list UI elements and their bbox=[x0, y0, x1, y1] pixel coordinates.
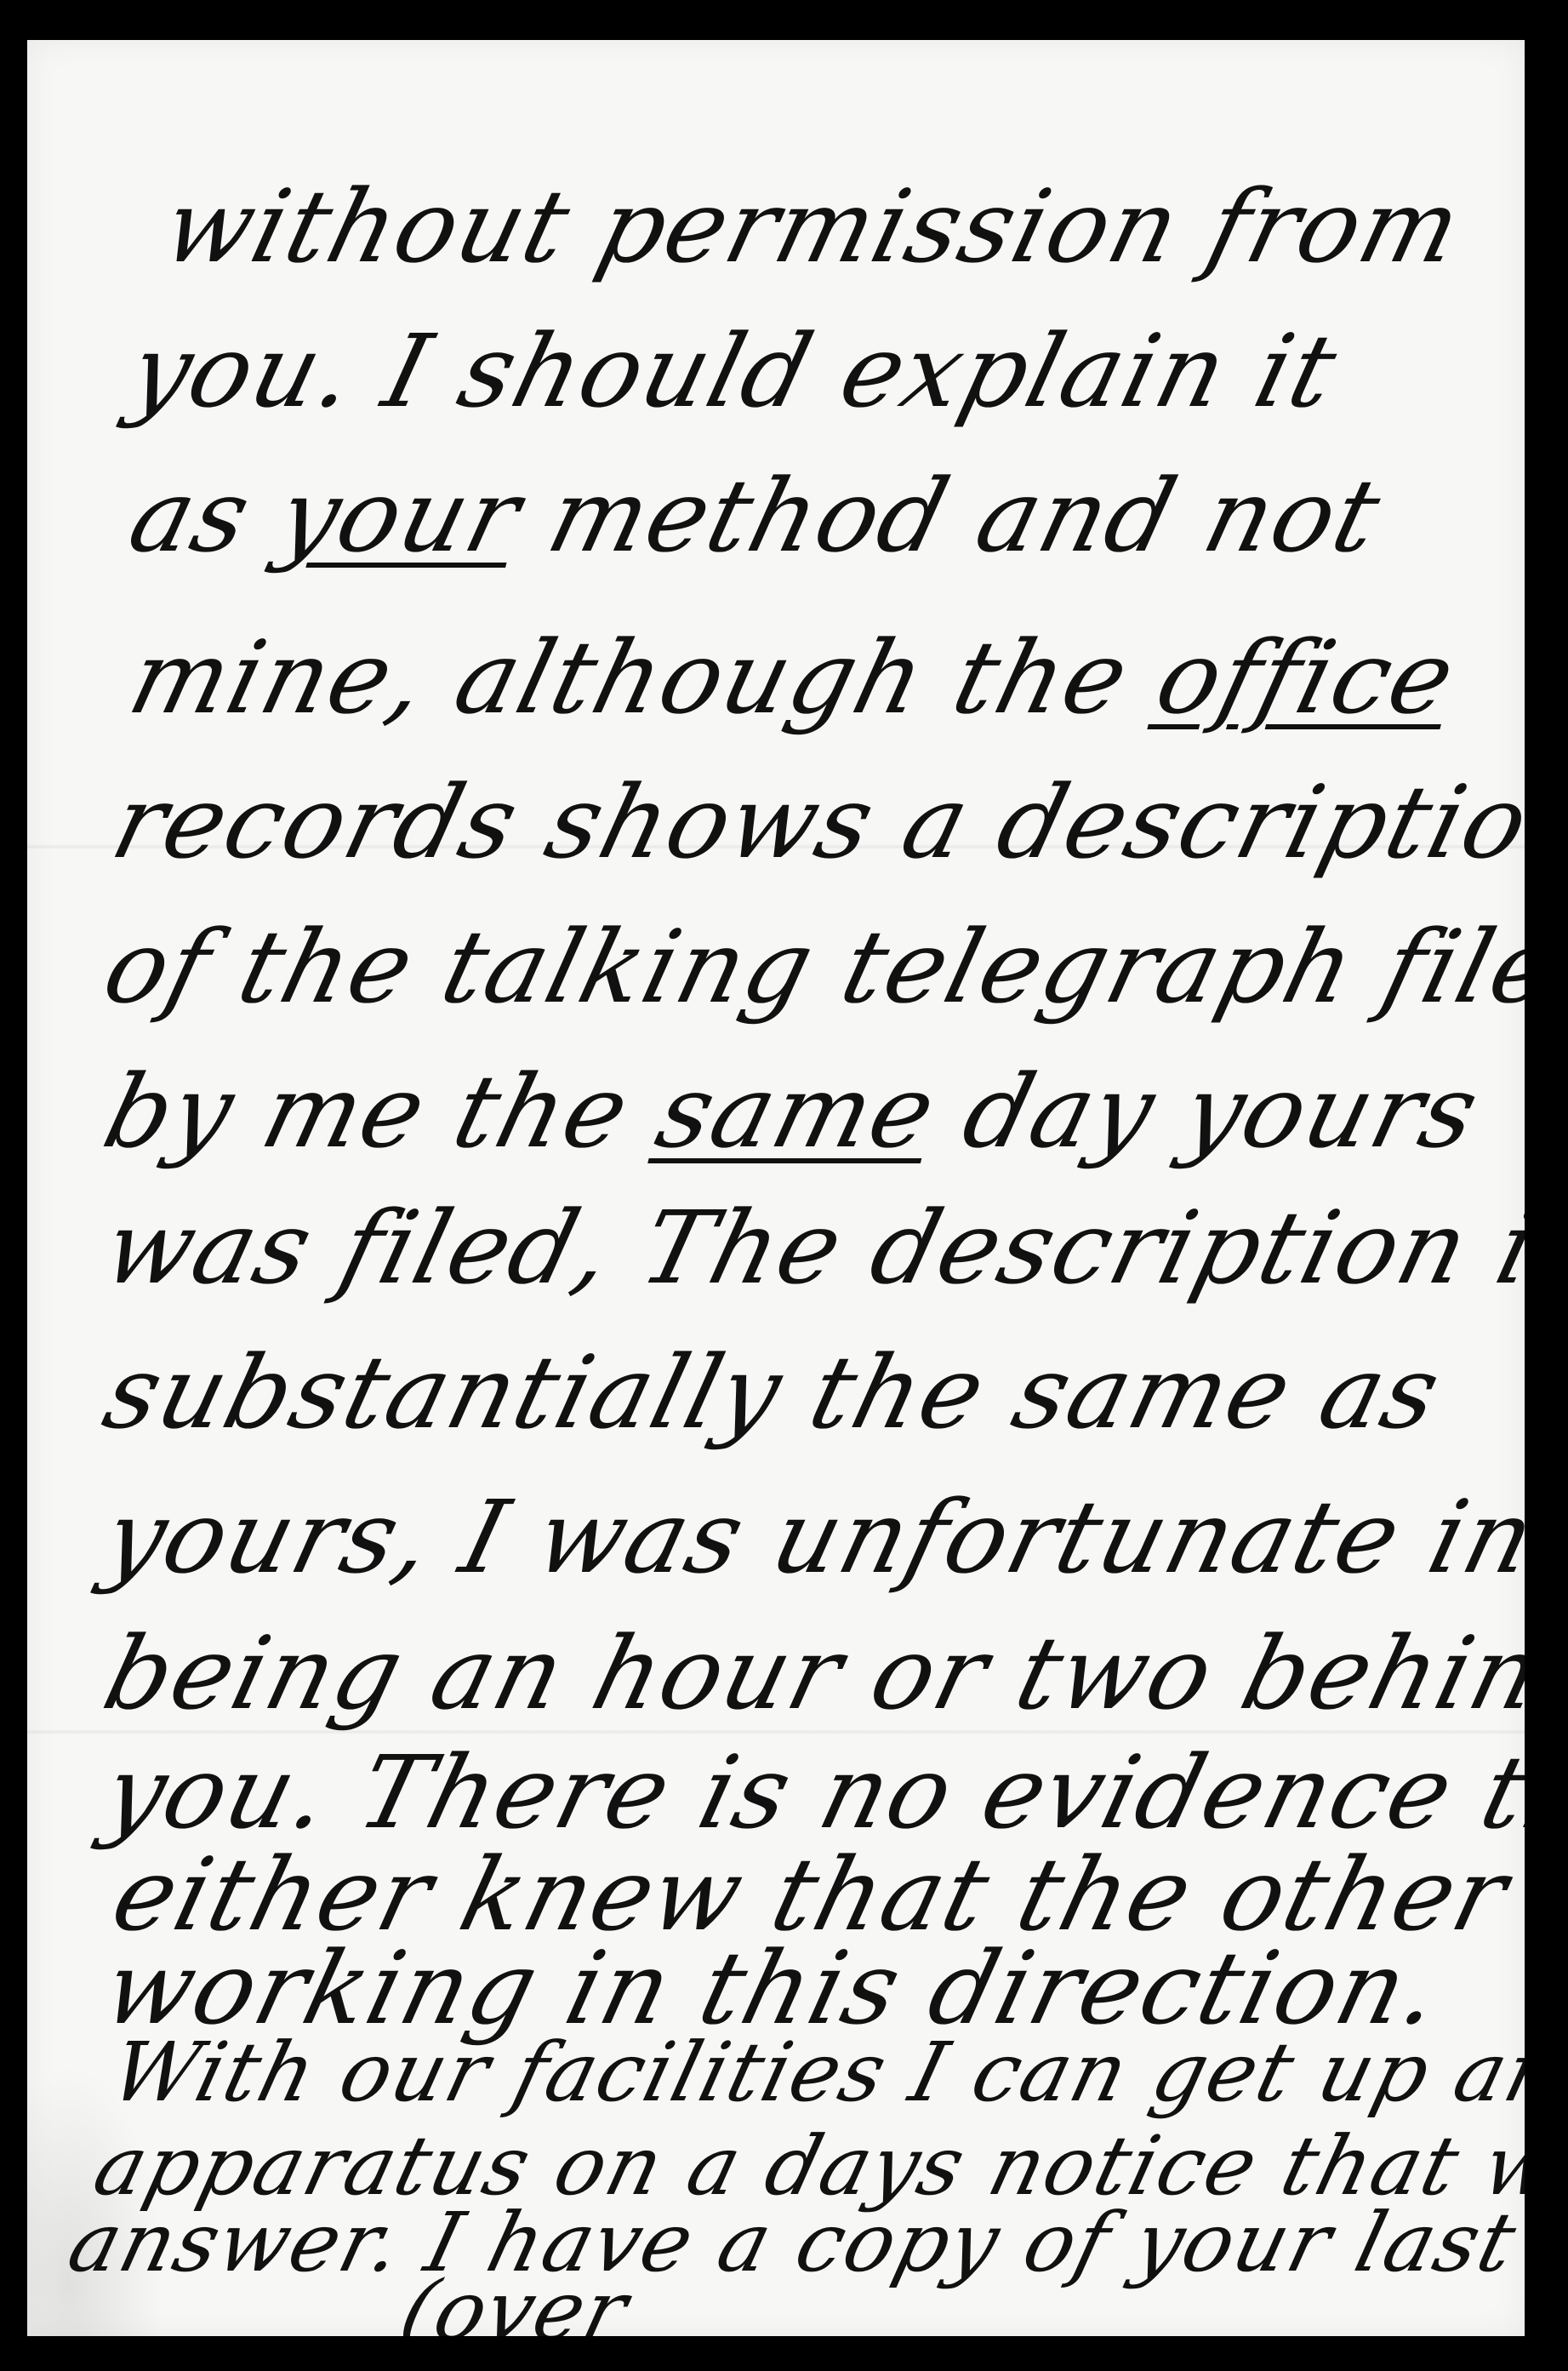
handwritten-line-3: as your method and not bbox=[121, 466, 1391, 566]
handwritten-line-12: you. There is no evidence that bbox=[95, 1742, 1525, 1843]
underlined-word-office: office bbox=[1145, 619, 1467, 736]
underlined-word-same: same bbox=[646, 1053, 948, 1170]
line-7-pre: by me the bbox=[94, 1053, 676, 1170]
handwritten-line-6: of the talking telegraph filed bbox=[95, 917, 1525, 1017]
letter-page: without permission from you. I should ex… bbox=[27, 40, 1525, 2336]
line-3-pre: as bbox=[119, 457, 297, 574]
over-note: (over bbox=[393, 2270, 636, 2336]
line-4-pre: mine, although the bbox=[119, 619, 1175, 736]
handwritten-line-2: you. I should explain it bbox=[121, 321, 1347, 421]
line-3-post: method and not bbox=[504, 457, 1393, 574]
handwritten-line-10: yours, I was unfortunate in bbox=[95, 1487, 1525, 1587]
handwritten-line-5: records shows a description bbox=[104, 772, 1525, 872]
handwritten-line-15: With our facilities I can get up an bbox=[104, 2031, 1525, 2113]
handwritten-line-9: substantially the same as bbox=[95, 1342, 1451, 1443]
handwritten-line-7: by me the same day yours bbox=[95, 1061, 1489, 1162]
handwritten-line-4: mine, although the office bbox=[121, 627, 1465, 728]
underlined-word-your: your bbox=[267, 457, 533, 574]
handwritten-line-1: without permission from bbox=[155, 176, 1471, 277]
handwritten-line-8: was filed, The description is bbox=[95, 1197, 1525, 1298]
handwritten-line-17: answer. I have a copy of your last paten… bbox=[61, 2202, 1525, 2283]
handwritten-line-14: working in this direction. bbox=[95, 1938, 1451, 2038]
line-7-post: day yours bbox=[919, 1053, 1491, 1170]
handwritten-line-11: being an hour or two behind bbox=[95, 1623, 1525, 1723]
